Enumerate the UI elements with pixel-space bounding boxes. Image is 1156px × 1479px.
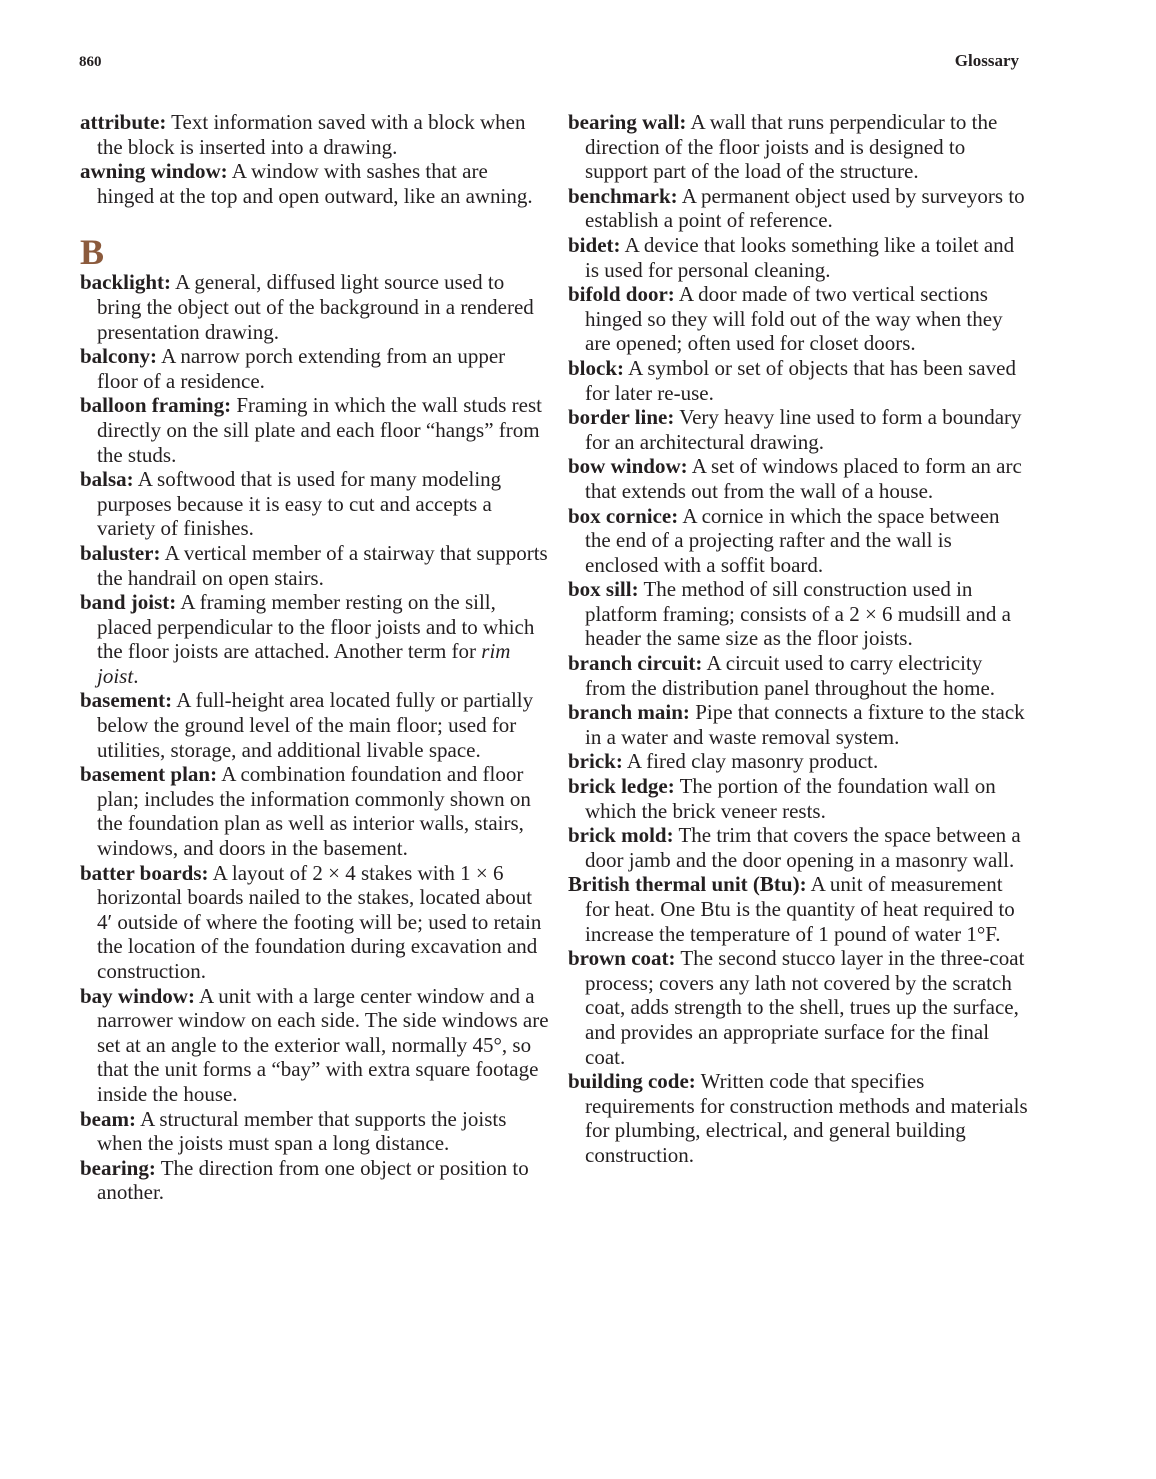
glossary-entry: balcony: A narrow porch extending from a… (80, 344, 550, 393)
glossary-entry: border line: Very heavy line used to for… (568, 405, 1028, 454)
glossary-entry: baluster: A vertical member of a stairwa… (80, 541, 550, 590)
right-column: bearing wall: A wall that runs perpendic… (568, 110, 1028, 1168)
glossary-term: branch circuit: (568, 651, 702, 675)
glossary-term: balloon framing: (80, 393, 231, 417)
glossary-term: bow window: (568, 454, 688, 478)
glossary-entry: bidet: A device that looks something lik… (568, 233, 1028, 282)
glossary-definition: A softwood that is used for many modelin… (97, 467, 501, 540)
glossary-term: benchmark: (568, 184, 678, 208)
glossary-term: building code: (568, 1069, 696, 1093)
glossary-entry: box sill: The method of sill constructio… (568, 577, 1028, 651)
glossary-entry: balsa: A softwood that is used for many … (80, 467, 550, 541)
glossary-definition: A structural member that supports the jo… (97, 1107, 506, 1156)
glossary-term: attribute: (80, 110, 166, 134)
glossary-definition: A device that looks something like a toi… (585, 233, 1014, 282)
glossary-definition: A fired clay masonry product. (623, 749, 878, 773)
glossary-term: bay window: (80, 984, 195, 1008)
glossary-entry: brick: A fired clay masonry product. (568, 749, 1028, 774)
glossary-definition: The direction from one object or positio… (97, 1156, 529, 1205)
glossary-term: brown coat: (568, 946, 676, 970)
glossary-entry: bifold door: A door made of two vertical… (568, 282, 1028, 356)
glossary-entry: bay window: A unit with a large center w… (80, 984, 550, 1107)
glossary-entry: batter boards: A layout of 2 × 4 stakes … (80, 861, 550, 984)
glossary-entry: brick ledge: The portion of the foundati… (568, 774, 1028, 823)
left-column: attribute: Text information saved with a… (80, 110, 550, 1205)
glossary-term: awning window: (80, 159, 228, 183)
glossary-entry: brick mold: The trim that covers the spa… (568, 823, 1028, 872)
definition-end: . (133, 664, 138, 688)
glossary-entry: branch main: Pipe that connects a fixtur… (568, 700, 1028, 749)
glossary-term: brick mold: (568, 823, 674, 847)
glossary-term: basement plan: (80, 762, 217, 786)
running-head: Glossary (955, 51, 1019, 71)
glossary-term: brick: (568, 749, 623, 773)
glossary-term: basement: (80, 688, 172, 712)
glossary-term: block: (568, 356, 624, 380)
glossary-entry: balloon framing: Framing in which the wa… (80, 393, 550, 467)
glossary-term: batter boards: (80, 861, 209, 885)
glossary-entry: box cornice: A cornice in which the spac… (568, 504, 1028, 578)
glossary-term: bifold door: (568, 282, 675, 306)
glossary-entry: bearing wall: A wall that runs perpendic… (568, 110, 1028, 184)
glossary-term: bearing: (80, 1156, 156, 1180)
glossary-entry: basement plan: A combination foundation … (80, 762, 550, 860)
glossary-term: British thermal unit (Btu): (568, 872, 807, 896)
glossary-term: balcony: (80, 344, 157, 368)
glossary-term: border line: (568, 405, 674, 429)
glossary-term: backlight: (80, 270, 171, 294)
glossary-term: baluster: (80, 541, 161, 565)
glossary-term: balsa: (80, 467, 134, 491)
glossary-term: bearing wall: (568, 110, 686, 134)
glossary-entry: bearing: The direction from one object o… (80, 1156, 550, 1205)
glossary-entry: awning window: A window with sashes that… (80, 159, 550, 208)
glossary-entry: backlight: A general, diffused light sou… (80, 270, 550, 344)
glossary-definition: The method of sill construction used in … (585, 577, 1011, 650)
glossary-term: branch main: (568, 700, 690, 724)
glossary-term: box cornice: (568, 504, 678, 528)
glossary-term: brick ledge: (568, 774, 675, 798)
glossary-entry: benchmark: A permanent object used by su… (568, 184, 1028, 233)
page-number: 860 (79, 54, 102, 71)
glossary-entry: building code: Written code that specifi… (568, 1069, 1028, 1167)
glossary-entry: British thermal unit (Btu): A unit of me… (568, 872, 1028, 946)
glossary-entry: bow window: A set of windows placed to f… (568, 454, 1028, 503)
glossary-definition: A symbol or set of objects that has been… (585, 356, 1016, 405)
glossary-entry: band joist: A framing member resting on … (80, 590, 550, 688)
glossary-entry: beam: A structural member that supports … (80, 1107, 550, 1156)
glossary-definition: A narrow porch extending from an upper f… (97, 344, 505, 393)
glossary-term: box sill: (568, 577, 639, 601)
glossary-definition: A vertical member of a stairway that sup… (97, 541, 548, 590)
section-letter: B (80, 234, 550, 270)
glossary-entry: block: A symbol or set of objects that h… (568, 356, 1028, 405)
glossary-entry: branch circuit: A circuit used to carry … (568, 651, 1028, 700)
glossary-term: beam: (80, 1107, 136, 1131)
glossary-term: bidet: (568, 233, 621, 257)
glossary-term: band joist: (80, 590, 176, 614)
glossary-entry: brown coat: The second stucco layer in t… (568, 946, 1028, 1069)
glossary-entry: attribute: Text information saved with a… (80, 110, 550, 159)
glossary-entry: basement: A full-height area located ful… (80, 688, 550, 762)
